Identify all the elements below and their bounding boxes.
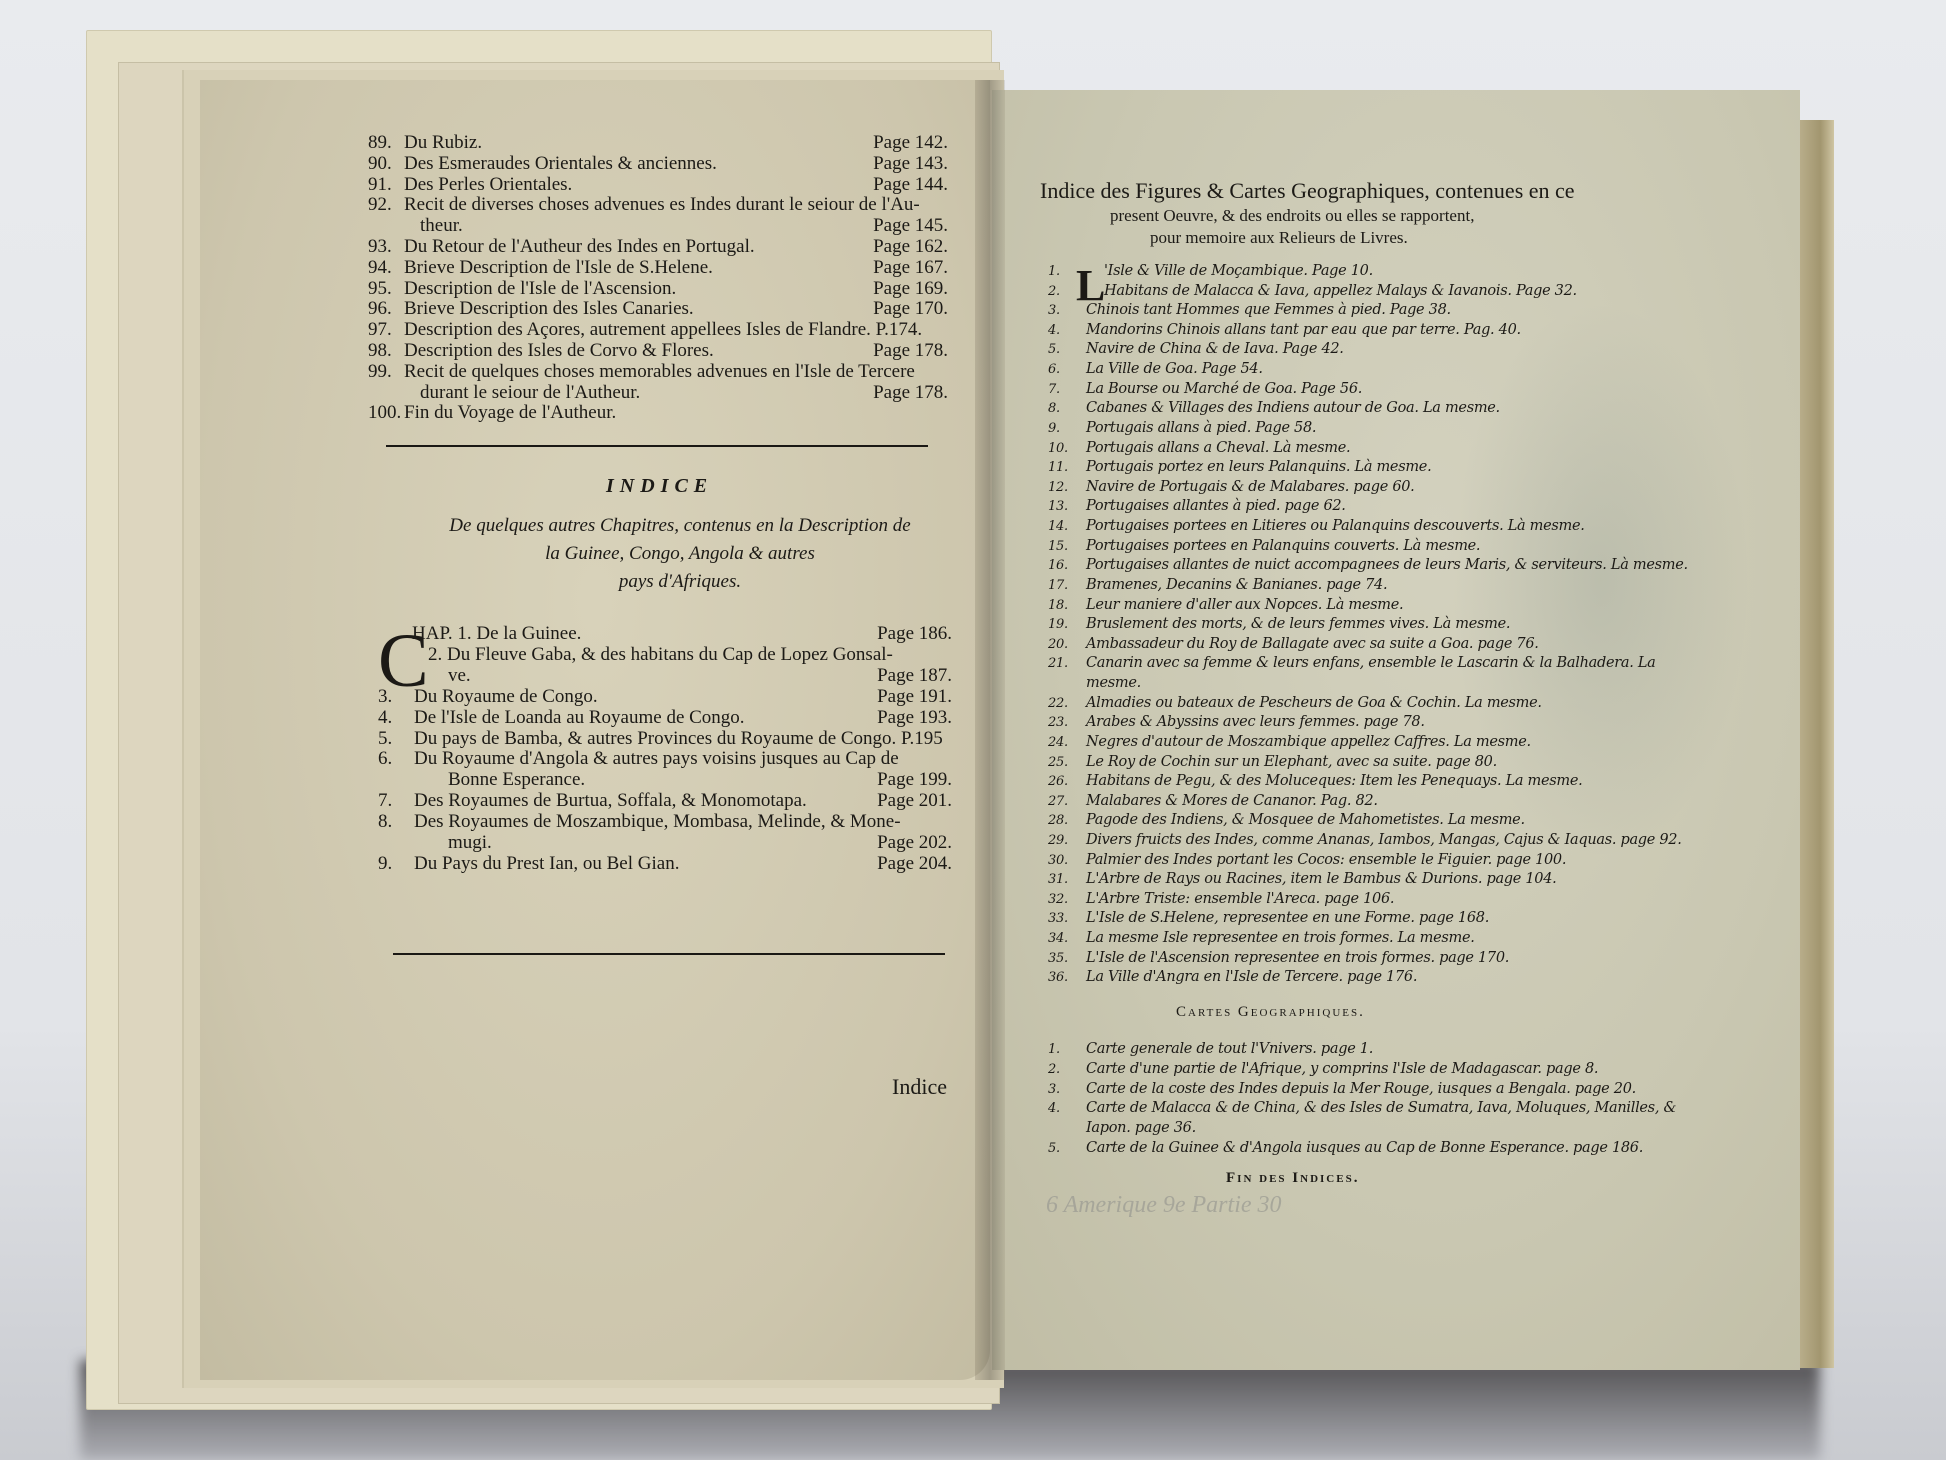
item-number: 16.: [1048, 556, 1068, 576]
item-number: 15.: [1048, 537, 1068, 557]
item-page: Page 186.: [832, 623, 952, 644]
item-number: 30.: [1048, 851, 1068, 871]
item-text: Description des Açores, autrement appell…: [404, 319, 922, 340]
item-text: Carte de la coste des Indes depuis la Me…: [1086, 1080, 1636, 1100]
item-number: 92.: [368, 194, 392, 215]
item-text: Du Rubiz.: [404, 132, 482, 153]
item-number: 23.: [1048, 713, 1068, 733]
item-number: 8.: [378, 811, 392, 832]
item-text: L'Arbre de Rays ou Racines, item le Bamb…: [1086, 870, 1556, 890]
book-gutter: [975, 80, 1005, 1380]
item-page: Page 144.: [828, 174, 948, 195]
item-number: 97.: [368, 319, 392, 340]
item-text: Description des Isles de Corvo & Flores.: [404, 340, 714, 361]
item-number: 13.: [1048, 497, 1068, 517]
cartes-heading: Cartes Geographiques.: [1176, 1004, 1365, 1021]
item-text: Carte d'une partie de l'Afrique, y compr…: [1086, 1060, 1598, 1080]
item-text: Iapon. page 36.: [1086, 1119, 1196, 1139]
item-page: Page 201.: [832, 790, 952, 811]
item-text: Portugaises portees en Litieres ou Palan…: [1086, 517, 1585, 537]
item-text: durant le seiour de l'Autheur.: [420, 382, 640, 403]
item-text: Fin du Voyage de l'Autheur.: [404, 402, 616, 423]
right-page-edge: [1800, 120, 1834, 1368]
item-number: 19.: [1048, 615, 1068, 635]
item-text: Mandorins Chinois allans tant par eau qu…: [1086, 321, 1521, 341]
item-number: 35.: [1048, 949, 1068, 969]
item-number: 2.: [1048, 282, 1060, 302]
item-text: Recit de quelques choses memorables adve…: [404, 361, 915, 382]
figures-index-subtitle-2: pour memoire aux Relieurs de Livres.: [1150, 228, 1408, 248]
item-page: Page 178.: [828, 340, 948, 361]
item-number: 11.: [1048, 458, 1068, 478]
figures-index-title: Indice des Figures & Cartes Geographique…: [1040, 178, 1575, 204]
indice-subtitle-line-1: De quelques autres Chapitres, contenus e…: [420, 512, 940, 540]
item-page: Page 178.: [828, 382, 948, 403]
item-number: 29.: [1048, 831, 1068, 851]
item-text: Palmier des Indes portant les Cocos: ens…: [1086, 851, 1566, 871]
item-page: Page 193.: [832, 707, 952, 728]
item-text: Du Royaume de Congo.: [414, 686, 598, 707]
item-text: Carte generale de tout l'Vnivers. page 1…: [1086, 1040, 1373, 1060]
item-number: 10.: [1048, 439, 1068, 459]
item-text: Malabares & Mores de Cananor. Pag. 82.: [1086, 792, 1378, 812]
item-text: Carte de la Guinee & d'Angola iusques au…: [1086, 1139, 1643, 1159]
pencil-annotation: 6 Amerique 9e Partie 30: [1046, 1192, 1282, 1219]
item-text: Recit de diverses choses advenues es Ind…: [404, 194, 920, 215]
item-number: 31.: [1048, 870, 1068, 890]
item-text: Bonne Esperance.: [448, 769, 585, 790]
item-text: Navire de China & de Iava. Page 42.: [1086, 340, 1344, 360]
item-number: 100.: [368, 402, 401, 423]
item-text: Des Perles Orientales.: [404, 174, 572, 195]
item-text: Du Royaume d'Angola & autres pays voisin…: [414, 748, 899, 769]
item-page: Page 187.: [832, 665, 952, 686]
item-text: Des Royaumes de Moszambique, Mombasa, Me…: [414, 811, 901, 832]
item-text: Divers fruicts des Indes, comme Ananas, …: [1086, 831, 1682, 851]
item-text: Pagode des Indiens, & Mosquee de Mahomet…: [1086, 811, 1525, 831]
item-text: Du Pays du Prest Ian, ou Bel Gian.: [414, 853, 679, 874]
item-text: mesme.: [1086, 674, 1141, 694]
item-text: La Bourse ou Marché de Goa. Page 56.: [1086, 380, 1362, 400]
item-text: Portugais allans a Cheval. Là mesme.: [1086, 439, 1350, 459]
item-text: Des Esmeraudes Orientales & anciennes.: [404, 153, 717, 174]
item-text: Portugaises allantes à pied. page 62.: [1086, 497, 1346, 517]
item-text: Habitans de Pegu, & des Moluceques: Item…: [1086, 772, 1582, 792]
item-text: La Ville de Goa. Page 54.: [1086, 360, 1263, 380]
item-number: 98.: [368, 340, 392, 361]
item-number: 28.: [1048, 811, 1068, 831]
item-number: 12.: [1048, 478, 1068, 498]
item-number: 4.: [378, 707, 392, 728]
item-text: Canarin avec sa femme & leurs enfans, en…: [1086, 654, 1656, 674]
section-divider-bottom: [393, 953, 945, 955]
item-number: 14.: [1048, 517, 1068, 537]
item-page: Page 170.: [828, 298, 948, 319]
item-text: theur.: [420, 215, 463, 236]
item-number: 5.: [1048, 1139, 1060, 1159]
item-number: 7.: [378, 790, 392, 811]
fin-des-indices: Fin des Indices.: [1226, 1170, 1359, 1187]
item-number: 21.: [1048, 654, 1068, 674]
item-text: Du pays de Bamba, & autres Provinces du …: [414, 728, 943, 749]
item-text: Bramenes, Decanins & Banianes. page 74.: [1086, 576, 1387, 596]
item-number: 2.: [1048, 1060, 1060, 1080]
item-text: mugi.: [448, 832, 492, 853]
item-text: Chinois tant Hommes que Femmes à pied. P…: [1086, 301, 1451, 321]
item-number: 89.: [368, 132, 392, 153]
item-text: Portugais allans à pied. Page 58.: [1086, 419, 1316, 439]
item-text: Navire de Portugais & de Malabares. page…: [1086, 478, 1415, 498]
item-number: 5.: [378, 728, 392, 749]
item-page: Page 167.: [828, 257, 948, 278]
item-number: 6.: [378, 748, 392, 769]
item-page: Page 202.: [832, 832, 952, 853]
catchword: Indice: [892, 1074, 947, 1100]
item-number: 25.: [1048, 753, 1068, 773]
indice-subtitle-line-2: la Guinee, Congo, Angola & autres: [420, 540, 940, 568]
item-text: L'Arbre Triste: ensemble l'Areca. page 1…: [1086, 890, 1394, 910]
item-number: 24.: [1048, 733, 1068, 753]
section-divider-top: [386, 445, 928, 447]
item-text: Des Royaumes de Burtua, Soffala, & Monom…: [414, 790, 807, 811]
indice-subtitle: De quelques autres Chapitres, contenus e…: [420, 512, 940, 596]
item-number: 34.: [1048, 929, 1068, 949]
item-number: 18.: [1048, 596, 1068, 616]
item-number: 9.: [378, 853, 392, 874]
item-page: Page 142.: [828, 132, 948, 153]
item-page: Page 204.: [832, 853, 952, 874]
item-text: 2. Du Fleuve Gaba, & des habitans du Cap…: [428, 644, 893, 665]
item-number: 32.: [1048, 890, 1068, 910]
item-text: Brieve Description de l'Isle de S.Helene…: [404, 257, 713, 278]
item-number: 91.: [368, 174, 392, 195]
item-number: 99.: [368, 361, 392, 382]
item-number: 20.: [1048, 635, 1068, 655]
item-number: 6.: [1048, 360, 1060, 380]
item-number: 4.: [1048, 1099, 1060, 1119]
drop-cap-l: L: [1076, 266, 1105, 306]
indice-title: INDICE: [606, 475, 713, 498]
item-number: 5.: [1048, 340, 1060, 360]
item-number: 96.: [368, 298, 392, 319]
item-text: Ambassadeur du Roy de Ballagate avec sa …: [1086, 635, 1539, 655]
item-text: Portugaises allantes de nuict accompagne…: [1086, 556, 1688, 576]
item-text: Description de l'Isle de l'Ascension.: [404, 278, 676, 299]
item-number: 27.: [1048, 792, 1068, 812]
item-text: Habitans de Malacca & Iava, appellez Mal…: [1104, 282, 1577, 302]
indice-subtitle-line-3: pays d'Afriques.: [420, 568, 940, 596]
item-text: Du Retour de l'Autheur des Indes en Port…: [404, 236, 755, 257]
item-page: Page 145.: [828, 215, 948, 236]
item-text: Portugaises portees en Palanquins couver…: [1086, 537, 1480, 557]
item-page: Page 162.: [828, 236, 948, 257]
figures-index-subtitle-1: present Oeuvre, & des endroits ou elles …: [1110, 206, 1474, 226]
item-number: 3.: [1048, 1080, 1060, 1100]
item-number: 7.: [1048, 380, 1060, 400]
item-number: 94.: [368, 257, 392, 278]
item-text: Brieve Description des Isles Canaries.: [404, 298, 694, 319]
item-text: Bruslement des morts, & de leurs femmes …: [1086, 615, 1510, 635]
item-number: 8.: [1048, 399, 1060, 419]
item-number: 4.: [1048, 321, 1060, 341]
item-text: ve.: [448, 665, 471, 686]
item-number: 1.: [1048, 262, 1060, 282]
item-number: 36.: [1048, 968, 1068, 988]
item-text: Portugais portez en leurs Palanquins. Là…: [1086, 458, 1431, 478]
item-text: Almadies ou bateaux de Pescheurs de Goa …: [1086, 694, 1542, 714]
item-number: 26.: [1048, 772, 1068, 792]
item-number: 22.: [1048, 694, 1068, 714]
item-text: La mesme Isle representee en trois forme…: [1086, 929, 1475, 949]
item-number: 90.: [368, 153, 392, 174]
item-number: 9.: [1048, 419, 1060, 439]
item-number: 33.: [1048, 909, 1068, 929]
item-number: 17.: [1048, 576, 1068, 596]
item-text: 'Isle & Ville de Moçambique. Page 10.: [1104, 262, 1373, 282]
item-text: Carte de Malacca & de China, & des Isles…: [1086, 1099, 1676, 1119]
item-number: 3.: [378, 686, 392, 707]
item-page: Page 169.: [828, 278, 948, 299]
item-text: L'Isle de l'Ascension representee en tro…: [1086, 949, 1509, 969]
item-text: Cabanes & Villages des Indiens autour de…: [1086, 399, 1500, 419]
item-text: La Ville d'Angra en l'Isle de Tercere. p…: [1086, 968, 1417, 988]
item-text: De l'Isle de Loanda au Royaume de Congo.: [414, 707, 745, 728]
item-number: 1.: [1048, 1040, 1060, 1060]
item-number: 3.: [1048, 301, 1060, 321]
item-number: 93.: [368, 236, 392, 257]
item-text: Arabes & Abyssins avec leurs femmes. pag…: [1086, 713, 1425, 733]
item-page: Page 191.: [832, 686, 952, 707]
item-page: Page 199.: [832, 769, 952, 790]
item-text: Leur maniere d'aller aux Nopces. Là mesm…: [1086, 596, 1403, 616]
item-text: Le Roy de Cochin sur un Elephant, avec s…: [1086, 753, 1497, 773]
item-page: Page 143.: [828, 153, 948, 174]
item-number: 95.: [368, 278, 392, 299]
item-text: Negres d'autour de Moszambique appellez …: [1086, 733, 1531, 753]
item-text: L'Isle de S.Helene, representee en une F…: [1086, 909, 1489, 929]
item-text: HAP. 1. De la Guinee.: [412, 623, 581, 644]
